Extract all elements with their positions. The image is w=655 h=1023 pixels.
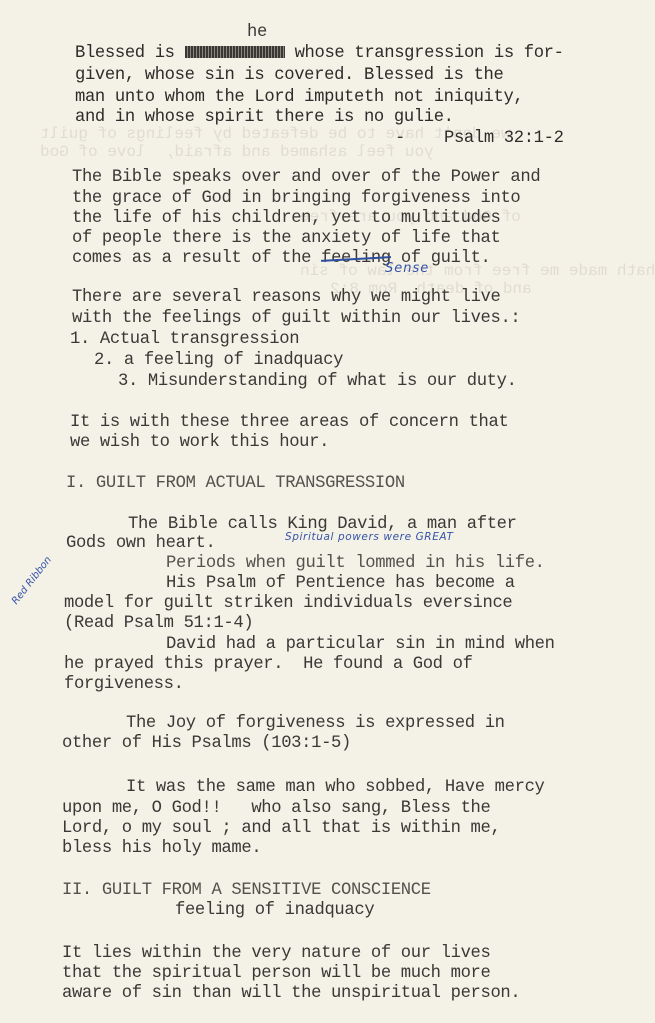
paragraph-line: It was the same man who sobbed, Have mer…	[126, 778, 545, 798]
list-item: 3. Misunderstanding of what is our duty.	[118, 372, 517, 392]
section-subheading: feeling of inadquacy	[175, 901, 374, 921]
paragraph-line: with the feelings of guilt within our li…	[72, 309, 520, 329]
paragraph-line: It is with these three areas of concern …	[70, 413, 508, 433]
paragraph-line: David had a particular sin in mind when	[166, 635, 555, 655]
paragraph-line: the grace of God in bringing forgiveness…	[72, 189, 520, 209]
typewritten-page: we don't have to be defeated by feelings…	[0, 0, 655, 1023]
paragraph-line: The Bible speaks over and over of the Po…	[72, 168, 540, 188]
paragraph-line: His Psalm of Pentience has become a	[166, 574, 515, 594]
xed-out-word	[185, 46, 285, 58]
paragraph-line: It lies within the very nature of our li…	[62, 944, 490, 964]
quote-text: whose transgression is for-	[285, 44, 564, 63]
quote-line: man unto whom the Lord imputeth not iniq…	[75, 88, 523, 108]
paragraph-line: he prayed this prayer. He found a God of	[64, 655, 473, 675]
quote-line: given, whose sin is covered. Blessed is …	[75, 66, 503, 86]
paragraph-line: (Read Psalm 51:1-4)	[64, 614, 253, 634]
struck-word: feeling	[321, 249, 391, 268]
quote-line: and in whose spirit there is no gulie.	[75, 108, 454, 128]
quote-line: Blessed is whose transgression is for-	[75, 44, 564, 64]
paragraph-line: that the spiritual person will be much m…	[62, 964, 490, 984]
paragraph-text: comes as a result of the	[72, 249, 321, 268]
paragraph-line: There are several reasons why we might l…	[72, 288, 500, 308]
paragraph-line: model for guilt striken individuals ever…	[64, 594, 512, 614]
paragraph-line: we wish to work this hour.	[70, 433, 329, 453]
paragraph-line: Lord, o my soul ; and all that is within…	[62, 819, 500, 839]
list-item: 1. Actual transgression	[70, 330, 299, 350]
section-heading: II. GUILT FROM A SENSITIVE CONSCIENCE	[62, 881, 431, 901]
paragraph-line: other of His Psalms (103:1-5)	[62, 734, 351, 754]
paragraph-line: upon me, O God!! who also sang, Bless th…	[62, 799, 490, 819]
paragraph-line: forgiveness.	[64, 675, 184, 695]
margin-note: Red Ribbon	[10, 555, 54, 607]
handwritten-note: Spiritual powers were GREAT	[285, 531, 453, 543]
paragraph-line: The Joy of forgiveness is expressed in	[126, 714, 505, 734]
bleed-through-text: you feel ashamed and afraid, love of God	[40, 143, 434, 161]
citation-dash: -	[395, 129, 405, 149]
paragraph-line: aware of sin than will the unspiritual p…	[62, 984, 520, 1004]
scripture-citation: Psalm 32:1-2	[444, 129, 564, 149]
paragraph-line: Periods when guilt lommed in his life.	[166, 554, 545, 574]
paragraph-line: the life of his children, yet to multitu…	[72, 209, 500, 229]
paragraph-line: of people there is the anxiety of life t…	[72, 229, 500, 249]
quote-text: Blessed is	[75, 44, 185, 63]
handwritten-correction: Sense	[385, 261, 429, 276]
paragraph-line: bless his holy mame.	[62, 839, 261, 859]
list-item: 2. a feeling of inadquacy	[94, 351, 343, 371]
inserted-word: he	[247, 23, 267, 43]
section-heading: I. GUILT FROM ACTUAL TRANSGRESSION	[66, 474, 405, 494]
paragraph-line: Gods own heart.	[66, 534, 215, 554]
